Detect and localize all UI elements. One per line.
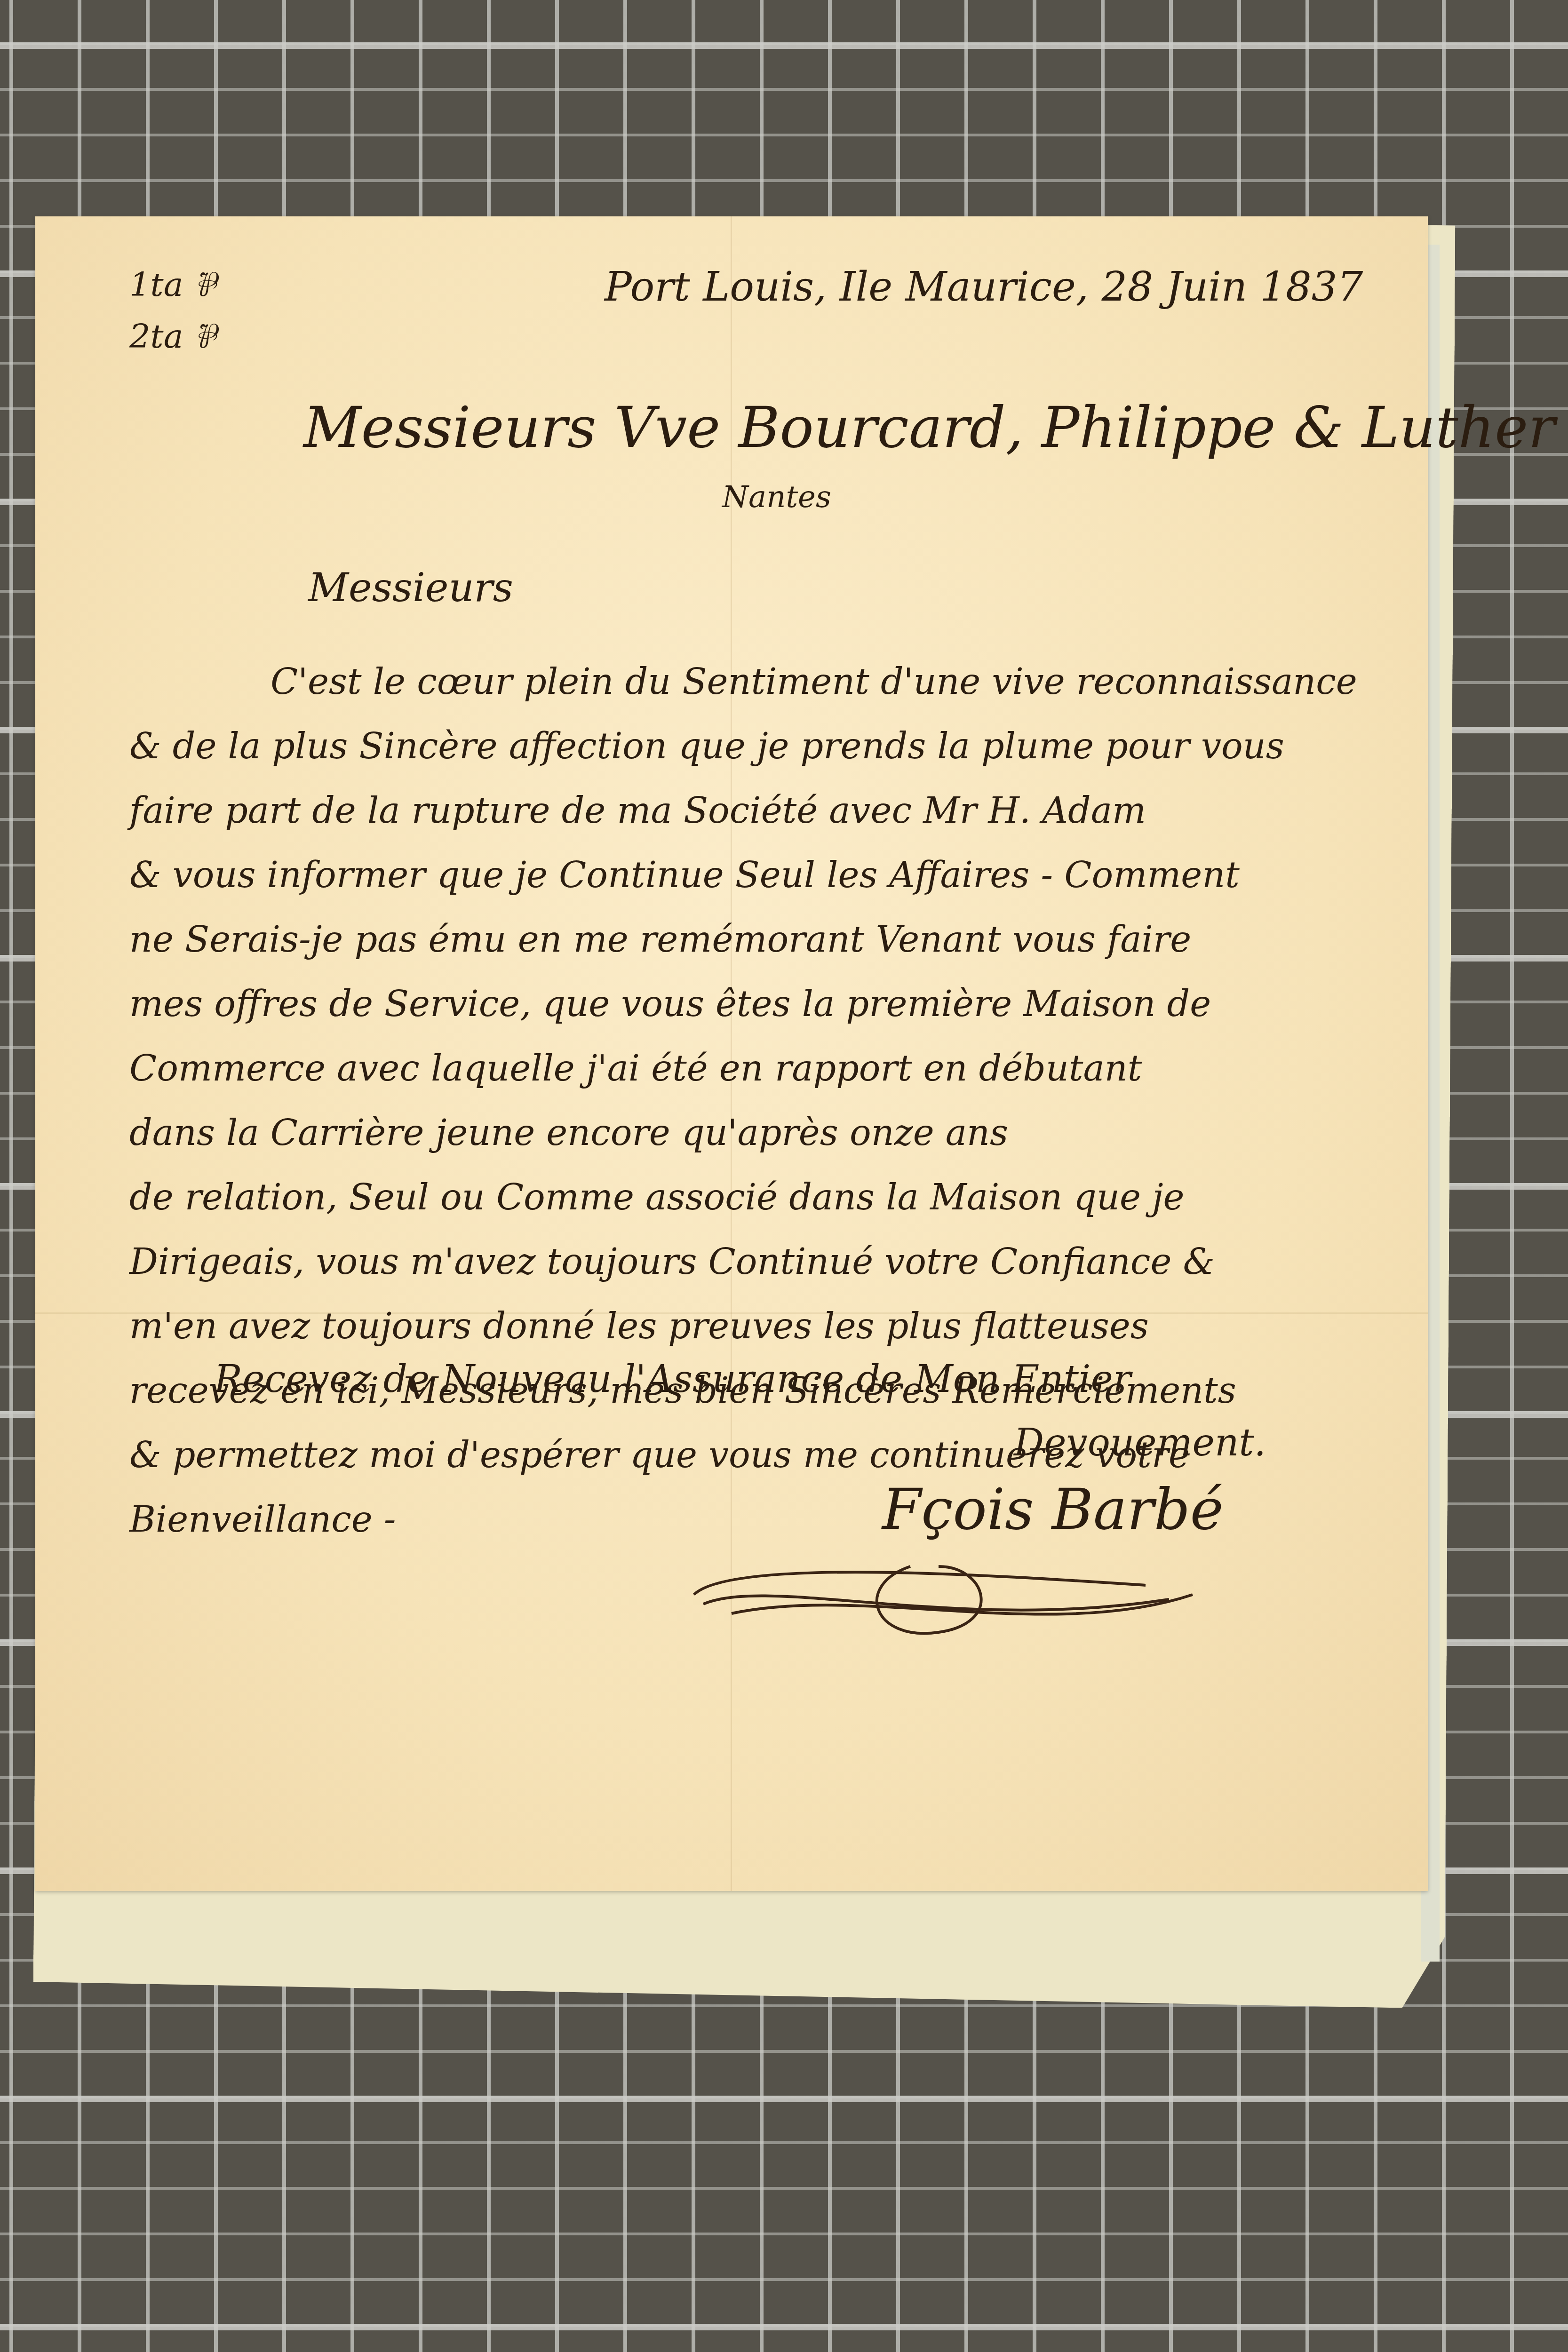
letter-page: 1ta ⅌ 2ta ⅌ Port Louis, Ile Maurice, 28 …	[35, 216, 1428, 1891]
body-line: Dirigeais, vous m'avez toujours Continué…	[129, 1229, 1376, 1294]
addressee-city: Nantes	[722, 480, 831, 515]
signature-flourish-icon	[675, 1548, 1216, 1642]
addressee: Messieurs Vve Bourcard, Philippe & Luthe…	[303, 395, 1555, 461]
body-line: de relation, Seul ou Comme associé dans …	[129, 1165, 1376, 1229]
margin-note-line: 2ta ⅌	[129, 310, 215, 362]
body-line: C'est le cœur plein du Sentiment d'une v…	[129, 649, 1376, 714]
body-line: & de la plus Sincère affection que je pr…	[129, 714, 1376, 778]
margin-note-line: 1ta ⅌	[129, 259, 215, 310]
body-line: & vous informer que je Continue Seul les…	[129, 842, 1376, 907]
body-line: dans la Carrière jeune encore qu'après o…	[129, 1100, 1376, 1165]
margin-note: 1ta ⅌ 2ta ⅌	[129, 259, 215, 362]
closing-2: Devouement.	[1014, 1421, 1266, 1464]
body-line: ne Serais-je pas ému en me remémorant Ve…	[129, 907, 1376, 971]
body-line: m'en avez toujours donné les preuves les…	[129, 1294, 1376, 1358]
body-line: mes offres de Service, que vous êtes la …	[129, 971, 1376, 1036]
signature: Fçois Barbé	[882, 1477, 1224, 1542]
letter-body: C'est le cœur plein du Sentiment d'une v…	[129, 649, 1376, 1551]
body-line: faire part de la rupture de ma Société a…	[129, 778, 1376, 842]
salutation: Messieurs	[308, 564, 513, 611]
body-line: Commerce avec laquelle j'ai été en rappo…	[129, 1036, 1376, 1100]
closing: Recevez de Nouveau l'Assurance de Mon En…	[214, 1357, 1131, 1401]
dateline: Port Louis, Ile Maurice, 28 Juin 1837	[605, 263, 1363, 310]
